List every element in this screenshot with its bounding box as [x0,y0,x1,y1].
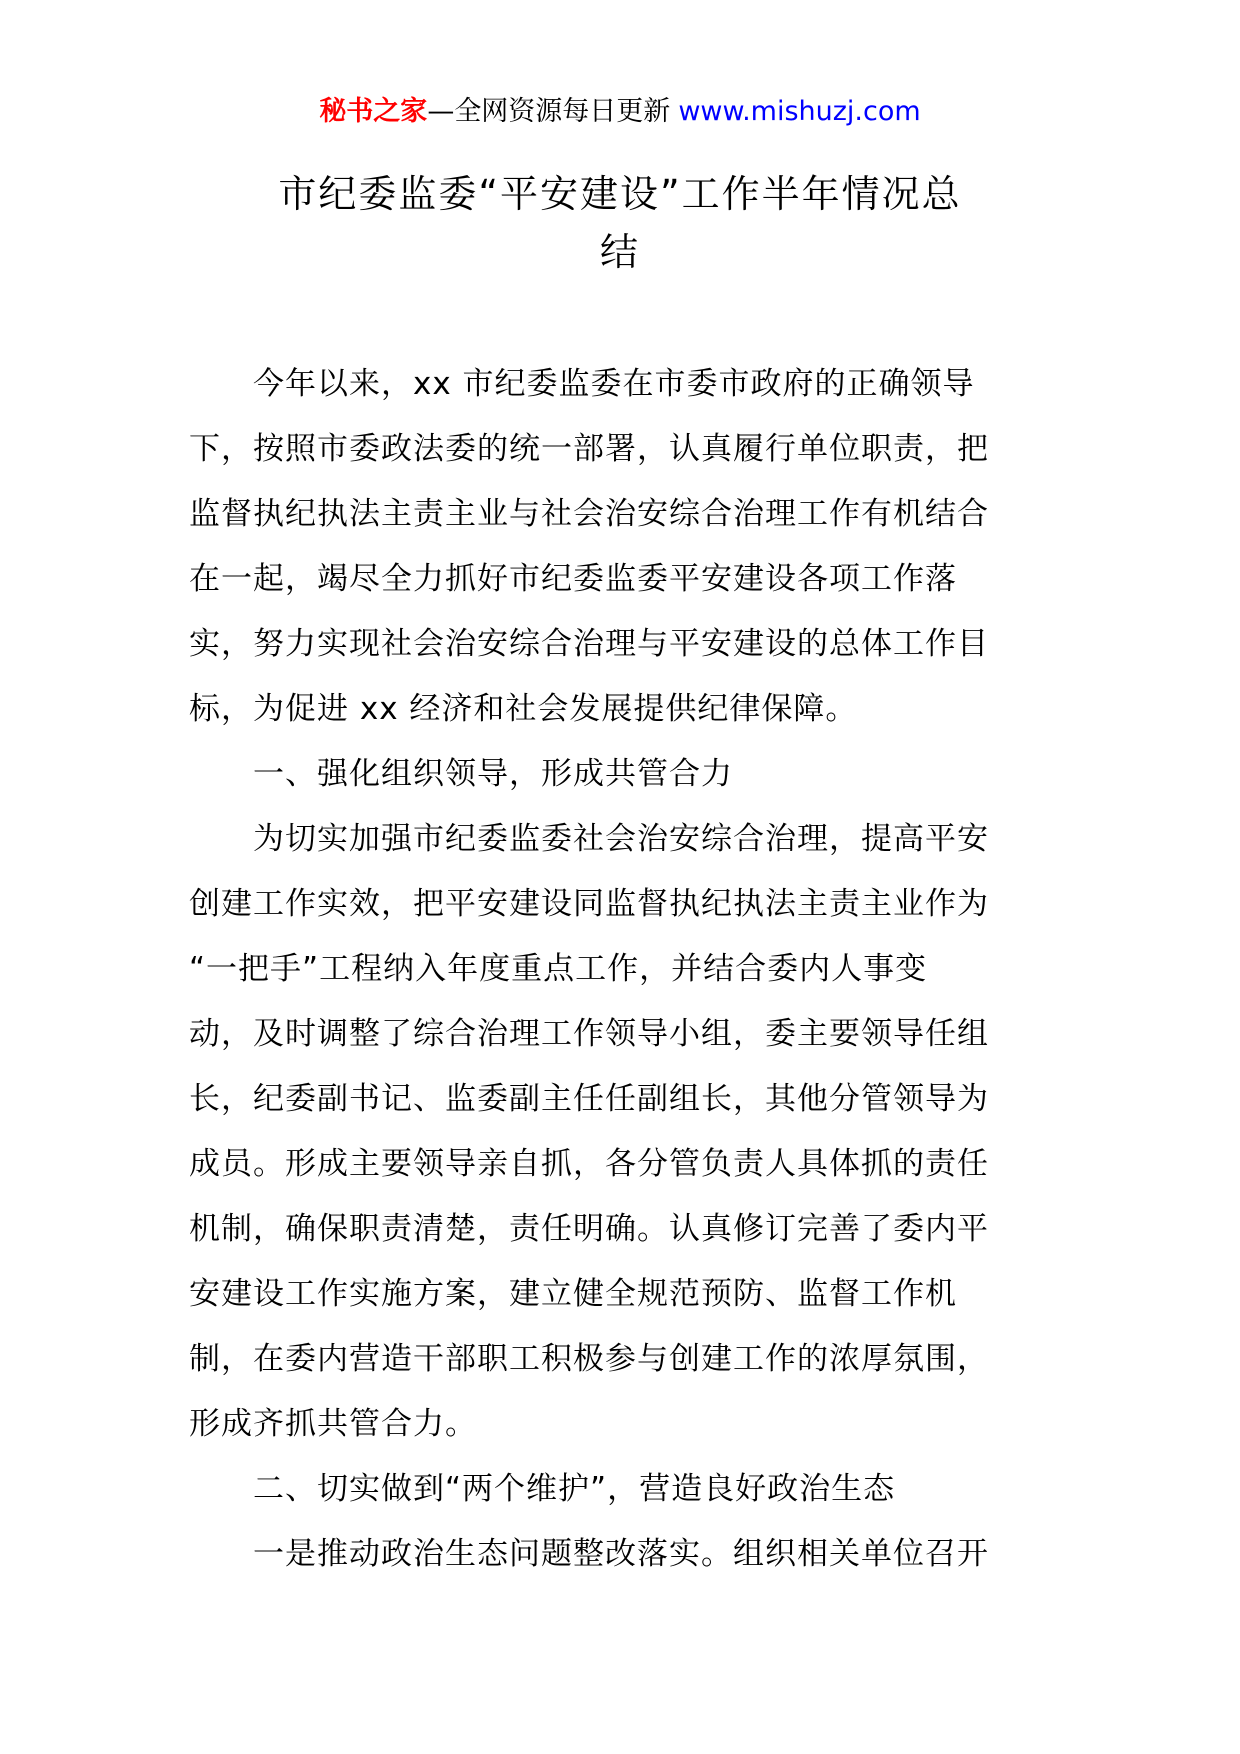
text-line: 在一起，竭尽全力抓好市纪委监委平安建设各项工作落 [189,547,1069,612]
title-line: 结 [150,223,1090,281]
text-line: 为切实加强市纪委监委社会治安综合治理，提高平安 [189,807,1069,872]
section-heading: 二、切实做到“两个维护”，营造良好政治生态 [189,1457,1069,1522]
text-line: 标，为促进 xx 经济和社会发展提供纪律保障。 [189,677,1069,742]
text-line: 成员。形成主要领导亲自抓，各分管负责人具体抓的责任 [189,1132,1069,1197]
text-line: 监督执纪执法主责主业与社会治安综合治理工作有机结合 [189,482,1069,547]
section-heading: 一、强化组织领导，形成共管合力 [189,742,1069,807]
text-line: 机制，确保职责清楚，责任明确。认真修订完善了委内平 [189,1197,1069,1262]
section-2-paragraph: 一是推动政治生态问题整改落实。组织相关单位召开 [189,1522,1069,1587]
text-line: “一把手”工程纳入年度重点工作，并结合委内人事变 [189,937,1069,1002]
text-line: 形成齐抓共管合力。 [189,1392,1069,1457]
document-page: 秘书之家—全网资源每日更新www.mishuzj.com 市纪委监委“平安建设”… [0,0,1240,1754]
text-line: 创建工作实效，把平安建设同监督执纪执法主责主业作为 [189,872,1069,937]
section-heading-1: 一、强化组织领导，形成共管合力 [189,742,1069,807]
text-line: 一是推动政治生态问题整改落实。组织相关单位召开 [189,1522,1069,1587]
section-heading-2: 二、切实做到“两个维护”，营造良好政治生态 [189,1457,1069,1522]
text-line: 长，纪委副书记、监委副主任任副组长，其他分管领导为 [189,1067,1069,1132]
text-line: 动，及时调整了综合治理工作领导小组，委主要领导任组 [189,1002,1069,1067]
text-line: 制，在委内营造干部职工积极参与创建工作的浓厚氛围， [189,1327,1069,1392]
document-body: 今年以来，xx 市纪委监委在市委市政府的正确领导 下，按照市委政法委的统一部署，… [189,352,1069,1587]
text-line: 下，按照市委政法委的统一部署，认真履行单位职责，把 [189,417,1069,482]
banner-slogan: —全网资源每日更新 [427,96,670,127]
text-line: 今年以来，xx 市纪委监委在市委市政府的正确领导 [189,352,1069,417]
intro-paragraph: 今年以来，xx 市纪委监委在市委市政府的正确领导 下，按照市委政法委的统一部署，… [189,352,1069,742]
title-line: 市纪委监委“平安建设”工作半年情况总 [150,165,1090,223]
banner-brand: 秘书之家 [319,96,427,127]
text-line: 实，努力实现社会治安综合治理与平安建设的总体工作目 [189,612,1069,677]
document-title: 市纪委监委“平安建设”工作半年情况总 结 [150,165,1090,281]
banner-url-link[interactable]: www.mishuzj.com [678,96,920,127]
site-banner: 秘书之家—全网资源每日更新www.mishuzj.com [0,92,1240,132]
section-1-paragraph: 为切实加强市纪委监委社会治安综合治理，提高平安 创建工作实效，把平安建设同监督执… [189,807,1069,1457]
text-line: 安建设工作实施方案，建立健全规范预防、监督工作机 [189,1262,1069,1327]
